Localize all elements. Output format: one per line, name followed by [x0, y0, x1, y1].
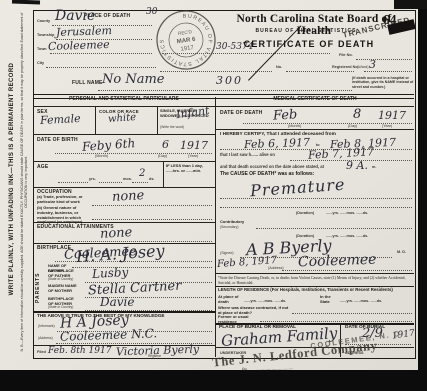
signed-address-value: Cooleemee — [298, 252, 377, 271]
scan-edge-top-right — [394, 0, 427, 9]
m-label: m. — [372, 165, 376, 169]
age-yrs-unit: yrs. — [89, 177, 96, 181]
dod-day-sub: (Day) — [348, 124, 357, 128]
personal-section-title: PERSONAL AND STATISTICAL PARTICULARS — [33, 97, 215, 102]
dob-year-sub: (Year) — [188, 154, 198, 158]
dotted-line — [98, 89, 352, 91]
received-stamp-line2: MAR 6 — [176, 37, 196, 46]
dob-day-value: 6 — [162, 138, 169, 151]
dotted-line — [50, 52, 152, 54]
informant-label: (Informant) — [38, 325, 55, 329]
in-state-units: ......yrs. ......mos. ......ds. — [340, 299, 382, 303]
duration-units: ......yrs. ......mos. ......ds. — [326, 211, 368, 215]
dotted-line — [256, 227, 412, 229]
received-stamp: BUREAU OF VITAL STATISTICS REC'D MAR 6 1… — [150, 4, 222, 76]
parents-label: PARENTS — [36, 272, 41, 303]
mother-birthplace-value: Davie — [100, 295, 135, 309]
row-line — [33, 187, 215, 188]
row-line — [215, 129, 414, 130]
father-birthplace-value: Lusby — [92, 265, 129, 281]
dotted-line — [58, 181, 88, 183]
dotted-line — [46, 66, 156, 68]
row-line — [33, 134, 215, 135]
mother-name-label: MAIDEN NAME OF MOTHER — [48, 284, 80, 294]
township-label: Township — [37, 33, 54, 37]
dotted-line — [58, 240, 212, 242]
full-name-value: No Name — [102, 72, 164, 87]
sex-value: Female — [40, 112, 81, 127]
at-place-units: ......yrs. ......mos. ......ds. — [244, 299, 286, 303]
hospital-note: (If death occurred in a hospital or inst… — [352, 76, 414, 89]
dotted-line — [132, 181, 148, 183]
city-label: City — [37, 61, 44, 65]
row-line — [215, 273, 414, 274]
dob-month-sub: (Month) — [95, 154, 108, 158]
to-label: to — [316, 143, 320, 147]
dotted-line — [220, 197, 412, 199]
at-place-label: At place of death — [218, 295, 240, 305]
dotted-line — [220, 206, 412, 208]
mother-birthplace-sub: (State or Country) — [48, 306, 73, 310]
row-line — [33, 222, 215, 223]
dotted-line — [282, 269, 412, 271]
contributory-sub: (Secondary) — [220, 226, 238, 230]
filed-date-value: Feb. 8th 1917 — [48, 346, 111, 356]
margin-note-secondary: N. B.—Every item of information should b… — [20, 12, 28, 352]
filed-label: Filed — [37, 350, 46, 354]
certify-line2: that I last saw h...... alive on — [220, 153, 275, 158]
medical-section-title: MEDICAL CERTIFICATE OF DEATH — [216, 97, 414, 102]
no-label: No. — [276, 65, 282, 69]
dod-label: DATE OF DEATH — [220, 110, 262, 116]
md-label: M. D. — [397, 250, 406, 254]
dod-month-sub: (Month) — [288, 124, 301, 128]
dod-day-value: 8 — [353, 107, 361, 122]
age-days-value: 2 — [139, 168, 145, 179]
dod-year-value: 1917 — [378, 109, 406, 122]
column-divider — [215, 97, 216, 357]
duration-label: (Duration) — [296, 211, 314, 215]
row-line — [33, 161, 215, 162]
if-less-note: IF LESS than 1 day, ......hrs. or ......… — [166, 164, 212, 174]
dob-label: DATE OF BIRTH — [37, 137, 78, 143]
dob-year-value: 1917 — [180, 139, 208, 152]
dotted-line — [364, 70, 412, 72]
town-label: Town — [37, 47, 47, 51]
registered-no-label: Registered No. — [332, 65, 359, 69]
dob-day-sub: (Day) — [158, 154, 167, 158]
in-state-label: In the State — [320, 295, 336, 305]
county-label: County — [37, 19, 50, 23]
margin-note-primary: WRITE PLAINLY, WITH UNFADING INK—THIS IS… — [9, 14, 15, 344]
father-birthplace-sub: (State or Country) — [48, 278, 73, 282]
dotted-line — [356, 58, 412, 60]
color-value: white — [108, 112, 137, 125]
file-no-label: File No. — [339, 53, 353, 57]
cause-label: The CAUSE OF DEATH* was as follows: — [220, 172, 314, 177]
received-stamp-line1: REC'D — [178, 29, 193, 36]
county-value: Davie — [55, 8, 95, 24]
stray-mark-300: 300 — [216, 74, 243, 87]
township-value: Jerusalem — [56, 24, 112, 39]
cell-divider — [163, 161, 164, 187]
age-label: AGE — [37, 164, 48, 170]
duration2-units: ......yrs. ......mos. ......ds. — [326, 234, 368, 238]
town-value: Cooleemee — [48, 38, 110, 53]
full-name-label: FULL NAME — [72, 80, 103, 86]
cause-footnote: *State the Disease Causing Death, or, in… — [218, 276, 412, 285]
cell-divider — [95, 106, 96, 134]
marital-sub: (Write the word) — [160, 126, 184, 130]
certify-line3: and that death occurred on the date abov… — [220, 165, 324, 170]
age-ds-unit: ds. — [149, 177, 155, 181]
signed-label: (Signed) — [220, 251, 234, 255]
death-certificate-scan: WRITE PLAINLY, WITH UNFADING INK—THIS IS… — [0, 0, 427, 391]
scan-edge-right — [418, 0, 427, 391]
received-stamp-line3: 1917 — [180, 45, 195, 53]
occupation-a-value: none — [112, 188, 145, 205]
informant-address-label: (Address) — [38, 337, 53, 341]
dod-year-sub: (Year) — [382, 124, 392, 128]
scan-edge-bottom — [0, 370, 427, 391]
dotted-line — [292, 312, 412, 314]
dotted-line — [92, 218, 212, 220]
dotted-line — [260, 320, 412, 322]
dotted-line — [92, 204, 212, 206]
cell-divider — [157, 106, 158, 134]
registrar-label: Registrar — [148, 355, 161, 359]
occupation-a-label: (a) Trade, profession, or particular kin… — [37, 195, 91, 205]
residence-title: LENGTH OF RESIDENCE (For Hospitals, Inst… — [218, 288, 393, 292]
certificate-title: CERTIFICATE OF DEATH — [236, 40, 382, 50]
dotted-line — [99, 181, 122, 183]
dotted-line — [286, 70, 354, 72]
death-time-value: 9 A. — [346, 159, 368, 172]
age-mos-unit: mos. — [123, 177, 132, 181]
